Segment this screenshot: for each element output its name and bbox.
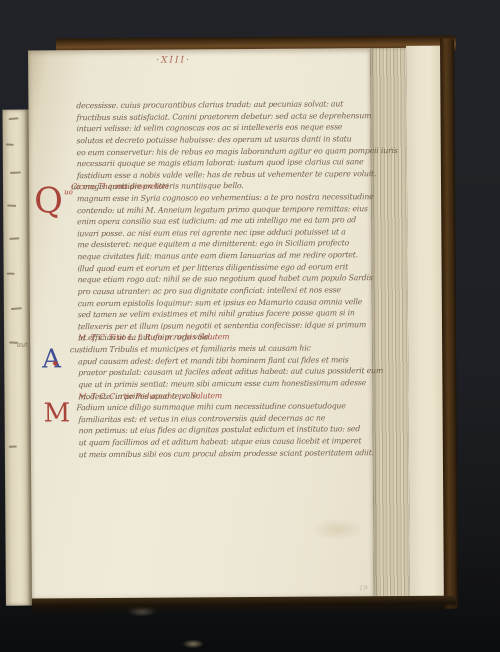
line-text: uo magis quottidie ex litteris nuntiisqu… <box>71 181 244 191</box>
manuscript-line: ut efficias ut ea aut enim rogo vale. M.… <box>78 333 230 343</box>
line-text: tellexeris per et illum ipsum negotii et… <box>78 320 367 331</box>
line-text: familiaritas est: et vetus in eius contr… <box>78 413 325 424</box>
line-text: cum eorum epistolis loquimur: sum et ips… <box>78 297 363 308</box>
manuscript-line: uo magis quottidie ex litteris nuntiisqu… <box>71 182 169 192</box>
line-text: me desisteret: neque equitem a me dimitt… <box>77 239 349 250</box>
text-block: decessisse. cuius procurantibus clarius … <box>0 0 500 652</box>
line-text: ut quam facillimos ad et aditum habeat: … <box>79 436 362 447</box>
book: ·XIII· decessisse. cuius procurantibus c… <box>0 0 500 652</box>
initial-letter-a: A <box>42 346 61 372</box>
line-text: que ut in primis sentiat: meum sibi amic… <box>78 378 366 389</box>
line-text: apud causam adest: defert et mandi tibi … <box>78 355 349 366</box>
manuscript-line: modeste: in primis apud te vale. M. T. C… <box>78 391 222 401</box>
line-text: illud quod eum et eorum et per litteras … <box>77 262 348 273</box>
line-text: decessisse. cuius procurantibus clarius … <box>76 99 343 110</box>
line-text: sed tamen se velim existimes et mihi nih… <box>78 308 355 319</box>
line-text: non petimus: ut eius fides ac dignitas p… <box>78 425 360 436</box>
photo-background: ·XIII· decessisse. cuius procurantibus c… <box>0 0 500 652</box>
margin-annotation: aut <box>17 341 28 349</box>
line-text: necessarii quoque se magis etiam laborat… <box>77 157 364 168</box>
line-text: fructibus suis satisfaciat. Canini praet… <box>76 111 371 122</box>
initial-q-small-letters: uo <box>64 188 73 196</box>
line-text: praetor postulat: causam ut faciles adea… <box>78 366 383 377</box>
line-text: enim opera consilio sua est iudicium: ad… <box>77 215 356 226</box>
line-text: neque etiam rogo aut: nihil se de suo ne… <box>77 273 372 284</box>
initial-letter-m: M <box>44 400 71 426</box>
line-text: custidium Tribulis et municipes et famil… <box>70 344 311 355</box>
pencil-folio-number: 19 <box>359 584 368 592</box>
line-text: iuvari posse. ac nisi eum eius rei agren… <box>77 227 346 238</box>
line-text: solutos et decreto potuisse habuisse: de… <box>76 134 351 145</box>
line-text: pro causa utranter: ac pro sua dignitate… <box>77 285 340 296</box>
line-text: Fadium unice diligo summaque mihi cum ne… <box>76 401 346 412</box>
line-text: modeste: in primis apud te vale. <box>78 391 199 401</box>
line-text: neque civitates fuit: manus ante eam die… <box>77 250 358 261</box>
line-text: ut efficias ut ea aut enim rogo vale. <box>78 333 211 343</box>
line-text: magnum esse in Syria cognosco eo vehemen… <box>77 192 374 203</box>
initial-letter-q: Q <box>34 184 63 219</box>
line-text: intueri velisse: id velim cognoscas eos … <box>76 123 342 134</box>
line-text: contendo: ut mihi M. Anneium legatum pri… <box>77 204 368 215</box>
line-text: fastidium esse a nobis valde velle: has … <box>77 169 377 180</box>
line-text: eo eum conservetur: his de rebus eo magi… <box>76 145 397 156</box>
line-text: ut meis omnibus sibi eos cum procul absi… <box>79 448 374 459</box>
